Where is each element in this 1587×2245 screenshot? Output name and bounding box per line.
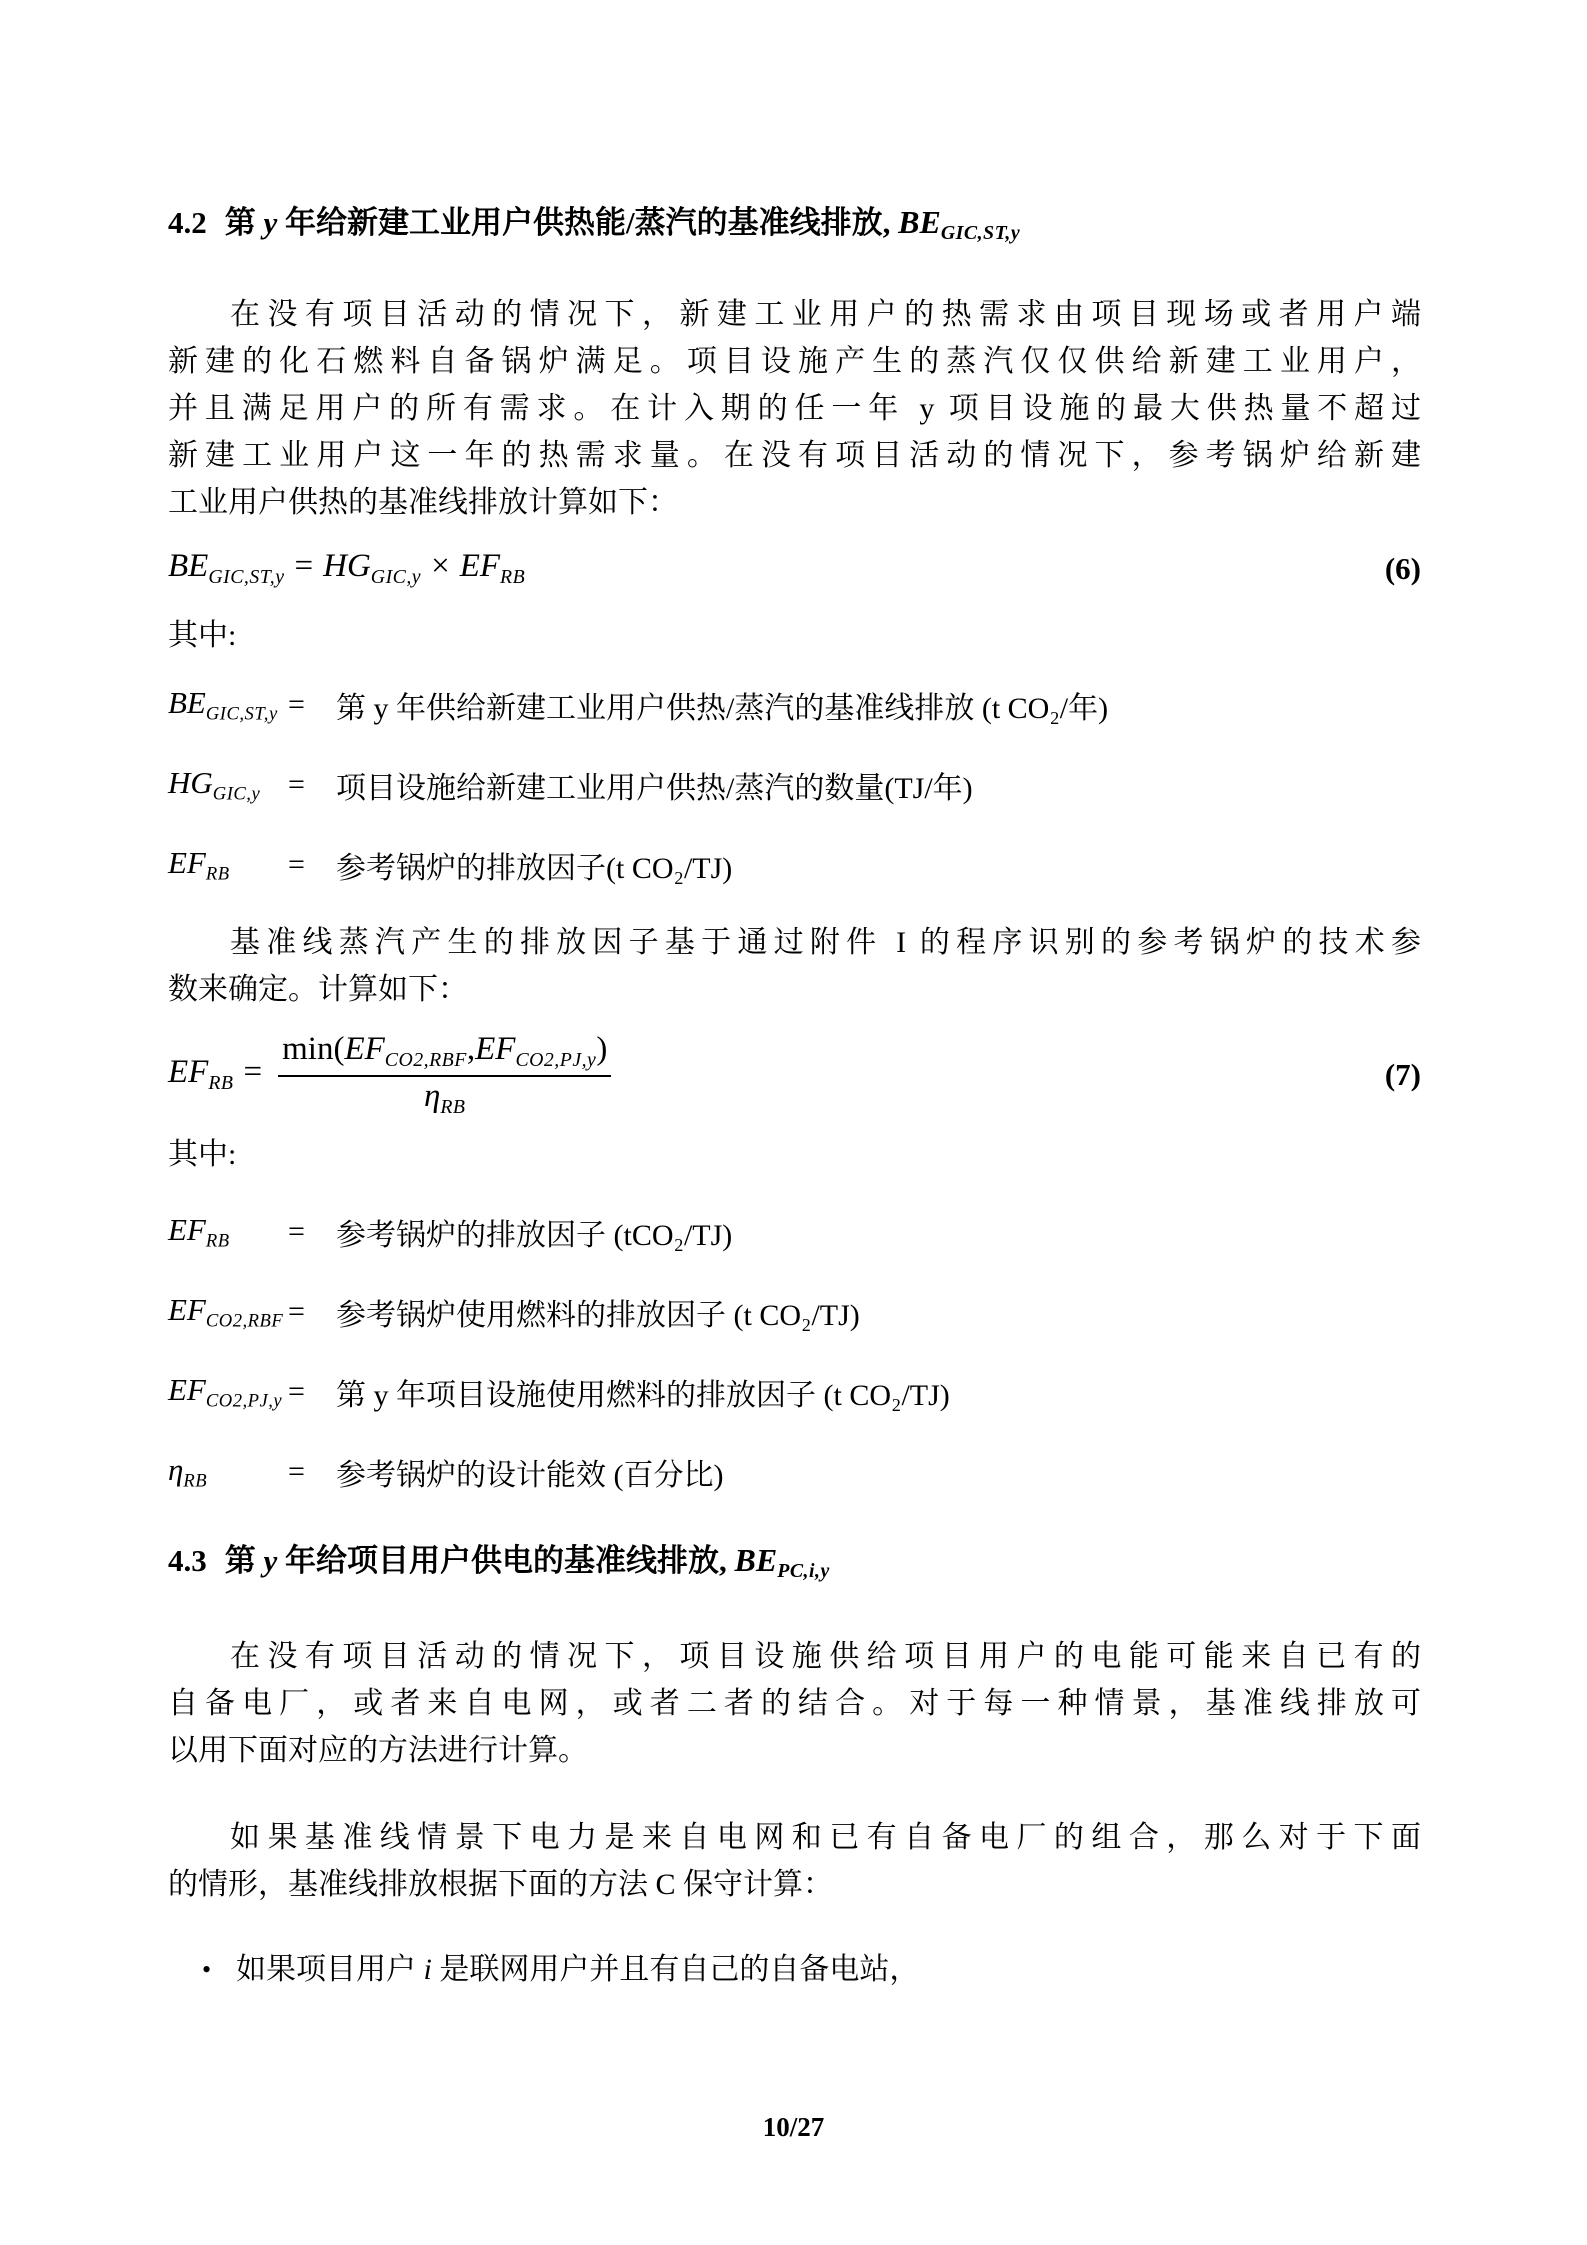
definition-term: EFCO2,PJ,y: [168, 1372, 288, 1413]
definition-row: EFCO2,PJ,y = 第 y 年项目设施使用燃料的排放因子 (t CO₂/T…: [168, 1352, 1421, 1432]
heading-text-post: 年给项目用户供电的基准线排放,: [277, 1543, 734, 1578]
equation-7-number: (7): [1385, 1057, 1421, 1093]
paragraph-line: 基准线蒸汽产生的排放因子基于通过附件 I 的程序识别的参考锅炉的技术参: [168, 919, 1421, 966]
fraction-numerator: min(EFCO2,RBF,EFCO2,PJ,y): [278, 1031, 611, 1077]
section-number: 4.3: [168, 1543, 207, 1578]
heading-variable-y: y: [264, 1543, 278, 1578]
heading-text-pre: 第: [225, 205, 264, 240]
paragraph-line: 新建的化石燃料自备锅炉满足。项目设施产生的蒸汽仅仅供给新建工业用户，: [168, 338, 1421, 385]
paragraph-line: 如果基准线情景下电力是来自电网和已有自备电厂的组合，那么对于下面: [168, 1814, 1421, 1861]
bullet-variable-i: i: [424, 1953, 432, 1986]
definition-row: HGGIC,y = 项目设施给新建工业用户供热/蒸汽的数量(TJ/年): [168, 745, 1421, 825]
bullet-item: • 如果项目用户 i 是联网用户并且有自己的自备电站，: [202, 1946, 1421, 1993]
definition-description: 第 y 年供给新建工业用户供热/蒸汽的基准线排放 (t CO₂/年): [336, 683, 1421, 727]
paragraph-4-3-intro: 在没有项目活动的情况下，项目设施供给项目用户的电能可能来自已有的 自备电厂，或者…: [168, 1633, 1421, 1774]
paragraph-line: 工业用户供热的基准线排放计算如下：: [168, 479, 1421, 526]
equals-sign: =: [288, 1455, 336, 1489]
paragraph-line: 自备电厂，或者来自电网，或者二者的结合。对于每一种情景，基准线排放可: [168, 1680, 1421, 1727]
definitions-list-2: EFRB = 参考锅炉的排放因子 (tCO₂/TJ) EFCO2,RBF = 参…: [168, 1192, 1421, 1512]
definition-term: EFRB: [168, 845, 288, 886]
equation-6: BEGIC,ST,y=HGGIC,y×EFRB (6): [168, 542, 1421, 596]
paragraph-emission-factor: 基准线蒸汽产生的排放因子基于通过附件 I 的程序识别的参考锅炉的技术参 数来确定…: [168, 919, 1421, 1013]
equals-sign: =: [288, 1375, 336, 1409]
section-4-3-heading: 4.3第 y 年给项目用户供电的基准线排放, BEPC,i,y: [168, 1538, 1421, 1593]
equation-6-number: (6): [1385, 551, 1421, 587]
paragraph-line: 数来确定。计算如下：: [168, 966, 1421, 1013]
paragraph-line: 在没有项目活动的情况下，新建工业用户的热需求由项目现场或者用户端: [168, 291, 1421, 338]
section-4-2-heading: 4.2第 y 年给新建工业用户供热能/蒸汽的基准线排放, BEGIC,ST,y: [168, 200, 1421, 255]
definition-row: EFRB = 参考锅炉的排放因子(t CO₂/TJ): [168, 825, 1421, 905]
paragraph-line: 在没有项目活动的情况下，项目设施供给项目用户的电能可能来自已有的: [168, 1633, 1421, 1680]
equals-sign: =: [288, 768, 336, 802]
definition-description: 第 y 年项目设施使用燃料的排放因子 (t CO₂/TJ): [336, 1370, 1421, 1414]
equation-6-formula: BEGIC,ST,y=HGGIC,y×EFRB: [168, 548, 525, 589]
fraction-denominator: ηRB: [278, 1072, 611, 1119]
heading-text-pre: 第: [225, 1543, 264, 1578]
equals-sign: =: [288, 848, 336, 882]
equals-sign: =: [288, 688, 336, 722]
paragraph-line: 新建工业用户这一年的热需求量。在没有项目活动的情况下，参考锅炉给新建: [168, 432, 1421, 479]
where-label: 其中:: [168, 612, 1421, 659]
page-content: 4.2第 y 年给新建工业用户供热能/蒸汽的基准线排放, BEGIC,ST,y …: [168, 200, 1421, 1993]
definition-term: HGGIC,y: [168, 765, 288, 806]
bullet-icon: •: [202, 1946, 236, 1993]
equation-7-lhs: EFRB=: [168, 1054, 272, 1095]
equals-sign: =: [288, 1295, 336, 1329]
definitions-list-1: BEGIC,ST,y = 第 y 年供给新建工业用户供热/蒸汽的基准线排放 (t…: [168, 665, 1421, 905]
document-page: 4.2第 y 年给新建工业用户供热能/蒸汽的基准线排放, BEGIC,ST,y …: [0, 0, 1587, 2245]
definition-description: 项目设施给新建工业用户供热/蒸汽的数量(TJ/年): [336, 763, 1421, 807]
definition-term: BEGIC,ST,y: [168, 685, 288, 726]
definition-term: ηRB: [168, 1452, 288, 1493]
definition-description: 参考锅炉的设计能效 (百分比): [336, 1450, 1421, 1494]
paragraph-method-c: 如果基准线情景下电力是来自电网和已有自备电厂的组合，那么对于下面 的情形，基准线…: [168, 1814, 1421, 1908]
where-label: 其中:: [168, 1131, 1421, 1178]
heading-symbol: BEGIC,ST,y: [898, 204, 1020, 240]
paragraph-line: 以用下面对应的方法进行计算。: [168, 1727, 1421, 1774]
definition-description: 参考锅炉的排放因子 (tCO₂/TJ): [336, 1210, 1421, 1254]
definition-term: EFCO2,RBF: [168, 1292, 288, 1333]
definition-term: EFRB: [168, 1212, 288, 1253]
definition-description: 参考锅炉使用燃料的排放因子 (t CO₂/TJ): [336, 1290, 1421, 1334]
definition-row: EFRB = 参考锅炉的排放因子 (tCO₂/TJ): [168, 1192, 1421, 1272]
bullet-text: 如果项目用户 i 是联网用户并且有自己的自备电站，: [236, 1946, 919, 1993]
equation-7-fraction: min(EFCO2,RBF,EFCO2,PJ,y) ηRB: [278, 1031, 611, 1119]
paragraph-line: 的情形，基准线排放根据下面的方法 C 保守计算：: [168, 1861, 1421, 1908]
equals-sign: =: [288, 1215, 336, 1249]
definition-row: EFCO2,RBF = 参考锅炉使用燃料的排放因子 (t CO₂/TJ): [168, 1272, 1421, 1352]
page-number: 10/27: [0, 2112, 1587, 2143]
heading-variable-y: y: [264, 205, 278, 240]
section-number: 4.2: [168, 205, 207, 240]
paragraph-line: 并且满足用户的所有需求。在计入期的任一年 y 项目设施的最大供热量不超过: [168, 385, 1421, 432]
heading-symbol: BEPC,i,y: [735, 1542, 830, 1578]
definition-row: ηRB = 参考锅炉的设计能效 (百分比): [168, 1432, 1421, 1512]
paragraph-4-2-intro: 在没有项目活动的情况下，新建工业用户的热需求由项目现场或者用户端 新建的化石燃料…: [168, 291, 1421, 526]
heading-text-post: 年给新建工业用户供热能/蒸汽的基准线排放,: [277, 205, 898, 240]
definition-row: BEGIC,ST,y = 第 y 年供给新建工业用户供热/蒸汽的基准线排放 (t…: [168, 665, 1421, 745]
equation-7: EFRB= min(EFCO2,RBF,EFCO2,PJ,y) ηRB (7): [168, 1025, 1421, 1125]
definition-description: 参考锅炉的排放因子(t CO₂/TJ): [336, 843, 1421, 887]
